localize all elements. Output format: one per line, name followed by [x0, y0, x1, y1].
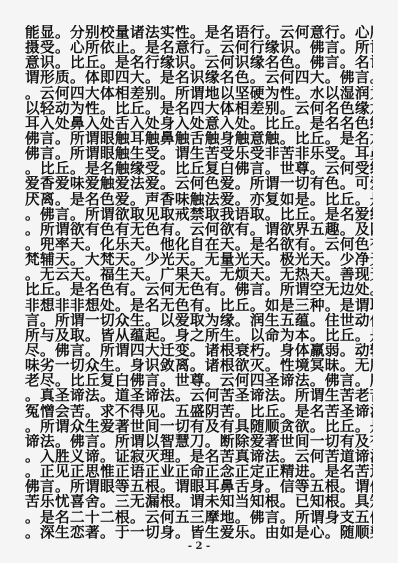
text-line: 。深生恋著。于一切身。皆生爱乐。由如是心。随顺染欲。种种爱著。不了虚: [25, 525, 373, 540]
text-line: 谓形质。体即四大。是名识缘名色。云何四大。佛言。所谓地大水大火大风大: [25, 70, 373, 85]
text-line: 。兜率天。化乐天。他化自在天。是名欲有。云何色有。佛言。所谓梵众天。: [25, 237, 373, 252]
text-line: 。无云天。福生天。广果天。无烦天。无热天。善现天。善见天。色究竟天。: [25, 267, 373, 282]
text-line: 梵辅天。大梵天。少光天。无量光天。极光天。少净天。无量净天。极遍净天: [25, 252, 373, 267]
text-line: 老尽。比丘复白佛言。世尊。云何四圣谛法。佛言。所谓苦圣谛法。集圣谛法: [25, 373, 373, 388]
text-line: 。是名二十二根。云何五三摩地。佛言。所谓身支五体。可喜可乐。无毁无损: [25, 510, 373, 525]
body-text: 能显。分别校量诸法实性。是名语行。云何意行。心所爱乐。心所思惟。心所 摄受。心所…: [25, 25, 373, 540]
text-line: 能显。分别校量诸法实性。是名语行。云何意行。心所爱乐。心所思惟。心所: [25, 25, 373, 40]
text-line: 以轻动为性。比丘。是名四大体相差别。云何名色缘六入。佛言。所谓眼入处: [25, 101, 373, 116]
text-line: 。正见正思惟正语正业正命正念正定正精进。是名苦道谛法。云何二十二根。: [25, 464, 373, 479]
text-line: 谛法。佛言。所谓以智慧刀。断除爱著世间一切有及有具随顺贪欲。永尽无余: [25, 434, 373, 449]
text-line: 。比丘。是名触缘受。比丘复白佛言。世尊。云何受缘爱。佛言。所谓色爱声: [25, 161, 373, 176]
text-line: 言。所谓一切众生。以爱取为缘。润生五蕴。住世动作。随顺流转。种种差别: [25, 313, 373, 328]
text-line: 味劣一切众生。身识敛离。诸根欲灭。性境冥昧。无所觉知。比丘。是名生缘: [25, 358, 373, 373]
text-line: 所与及取。皆从蕴起。身之所生。以命为本。比丘。是名有缘生。云何生缘老: [25, 328, 373, 343]
text-line: 佛言。所谓眼触耳触鼻触舌触身触意触。比丘。是名六入缘触。云何触缘受。: [25, 131, 373, 146]
text-line: 苦乐忧喜舍。三无漏根。谓未知当知根。已知根。具知根。及意命男女。比丘: [25, 494, 373, 509]
text-line: 意识。比丘。是名行缘识。云何识缘名色。佛言。名谓非色四蕴受想行识。色: [25, 55, 373, 70]
text-line: 。所谓欲有色有无色有。云何欲有。谓欲界五趣。及四王天。忉利天。焰摩天: [25, 222, 373, 237]
text-line: 非想非非想处。是名无色有。比丘。如是三种。是谓取缘有。云何有缘生。佛: [25, 298, 373, 313]
text-line: 厌离。是名色爱。声香味触法爱。亦复如是。比丘。是名受缘爱。云何爱缘取: [25, 192, 373, 207]
text-line: 。入胜义谛。证寂灭理。是名苦真谛法。云何苦道谛法。佛言。所谓八圣道支: [25, 449, 373, 464]
text-line: 比丘。是名色有。云何无色有。佛言。所谓空无边处。识无边处。无所有处。: [25, 282, 373, 297]
text-line: 。所谓众生爱著世间一切有及有具随顺贪欲。比丘。是名苦集谛法。云何苦真: [25, 419, 373, 434]
text-line: 爱香爱味爱触爱法爱。云何色爱。所谓一切有色。可爱可乐。深心恋著。无有: [25, 176, 373, 191]
text-line: 佛言。所谓眼触生受。谓生苦受乐受非苦非乐受。耳鼻舌身意生受。亦复如是: [25, 146, 373, 161]
text-line: 。真圣谛法。道圣谛法。云何苦圣谛法。所谓生苦老苦病苦坏苦。爱别离苦。: [25, 388, 373, 403]
page-number: - 2 -: [0, 541, 398, 552]
text-line: 冤憎会苦。求不得见。五盛阴苦。比丘。是名苦圣谛法。云何苦集谛法。佛言: [25, 404, 373, 419]
text-line: 。云何四大体相差别。所谓地以坚硬为性。水以湿润为性。火以温热为性。风: [25, 86, 373, 101]
text-line: 尽。佛言。所谓四大迁变。诸根衰朽。身体羸弱。动辄疲劳。博识多知。智已: [25, 343, 373, 358]
text-line: 佛言。所谓眼等五根。谓眼耳鼻舌身。信等五根。谓信进念定慧。五受根。谓: [25, 479, 373, 494]
text-line: 。佛言。所谓欲取见取戒禁取我语取。比丘。是名爱缘取。云何取缘有。佛言: [25, 207, 373, 222]
document-page: 能显。分别校量诸法实性。是名语行。云何意行。心所爱乐。心所思惟。心所 摄受。心所…: [0, 0, 398, 563]
text-line: 摄受。心所依止。是名意行。云何行缘识。佛言。所谓眼识耳识鼻识舌识身识: [25, 40, 373, 55]
text-line: 耳入处鼻入处舌入处身入处意入处。比丘。是名名色缘六入。云何六入缘触。: [25, 116, 373, 131]
